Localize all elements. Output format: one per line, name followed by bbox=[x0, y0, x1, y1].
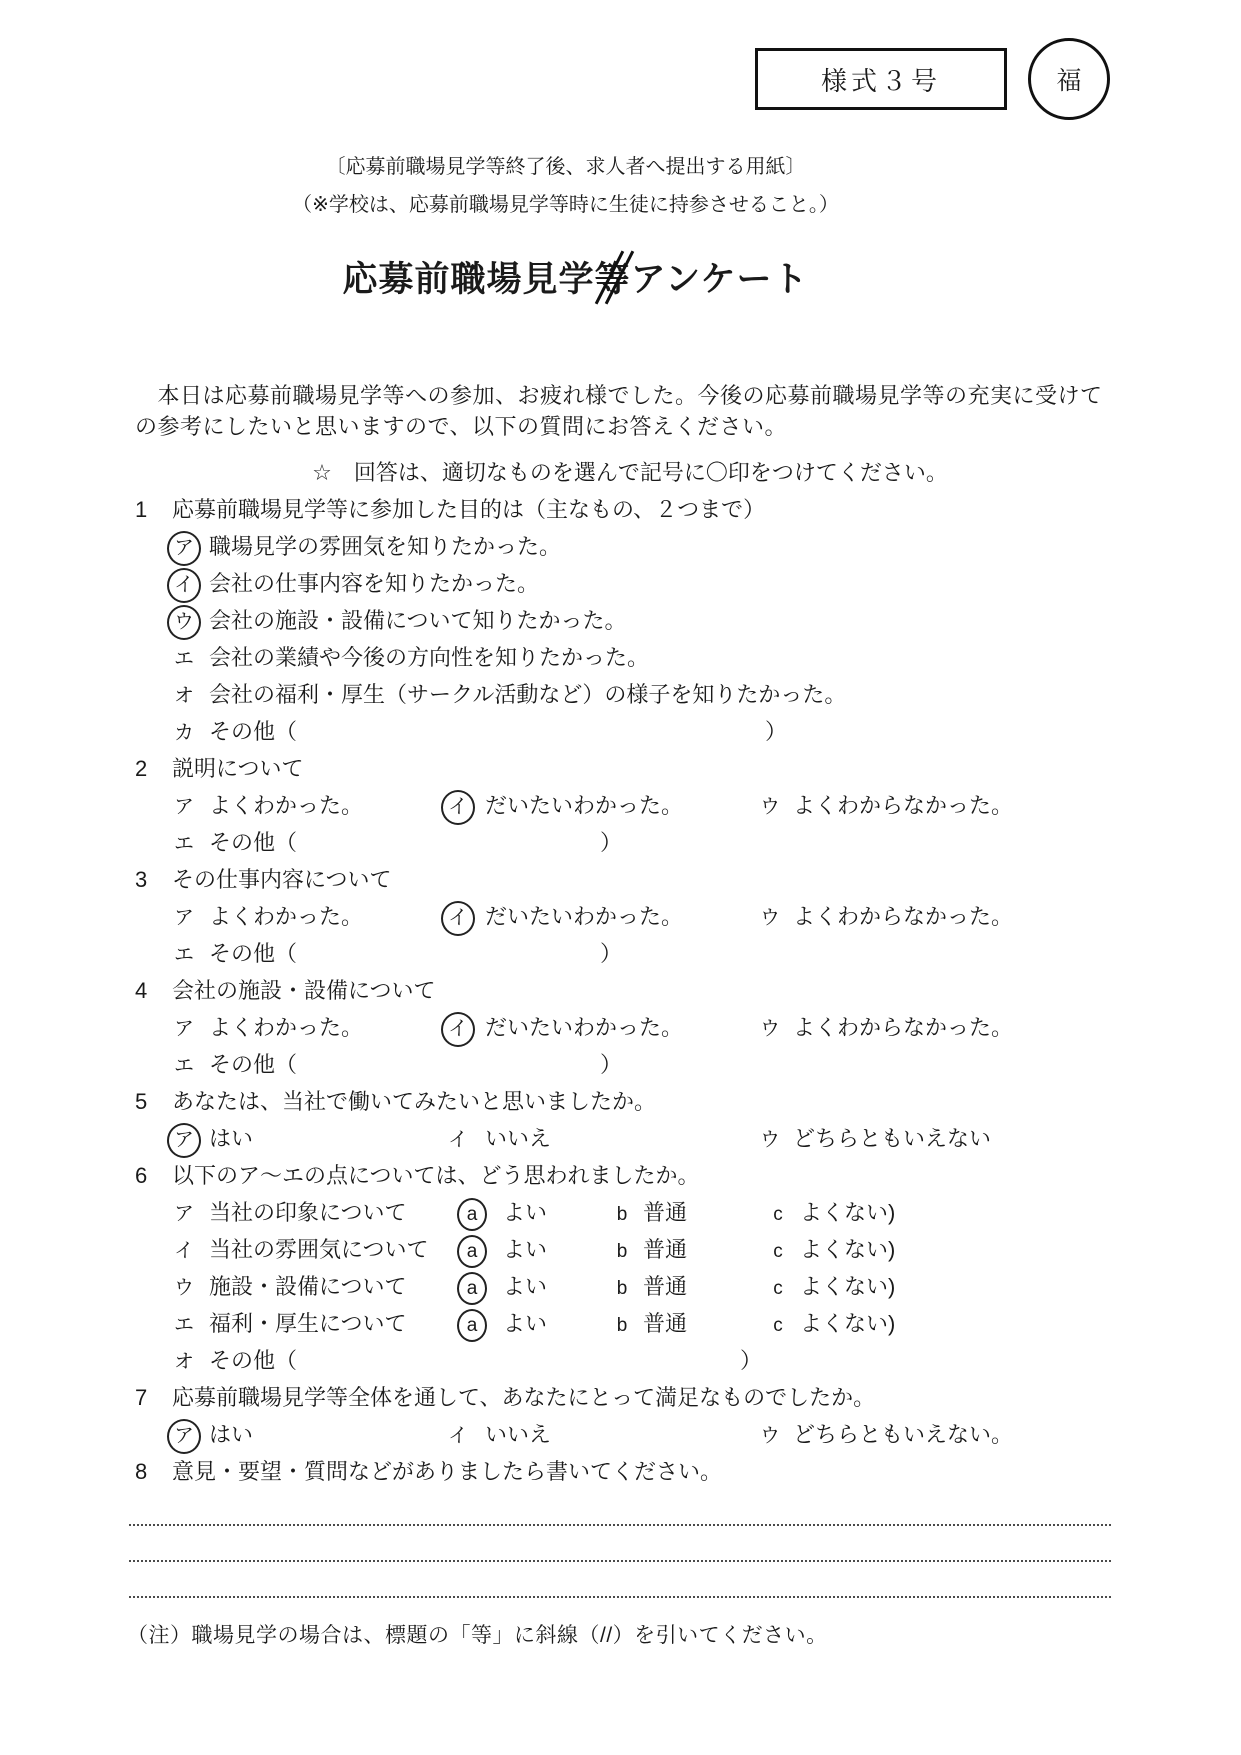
option-label: エ bbox=[167, 938, 201, 973]
option-text: 会社の仕事内容を知りたかった。 bbox=[209, 565, 539, 602]
option-text: よくわからなかった。 bbox=[793, 1009, 1013, 1046]
q6-rating-row: イ 当社の雰囲気について a よい b 普通 c よくない) bbox=[135, 1231, 1125, 1268]
option-text: だいたいわかった。 bbox=[485, 787, 683, 824]
option-label: エ bbox=[167, 1308, 201, 1343]
question-1-heading: 1 応募前職場見学等に参加した目的は（主なもの、２つまで） bbox=[135, 491, 1125, 528]
intro-line-1: 本日は応募前職場見学等への参加、お疲れ様でした。今後の応募前職場見学等の充実に受… bbox=[135, 383, 1103, 408]
rating-label: b bbox=[607, 1309, 637, 1342]
answer-circle-mark: イ bbox=[441, 790, 475, 825]
write-in-line bbox=[129, 1562, 1111, 1598]
write-in-line bbox=[129, 1526, 1111, 1562]
option-text: よくわからなかった。 bbox=[793, 787, 1013, 824]
question-text: あなたは、当社で働いてみたいと思いましたか。 bbox=[172, 1083, 656, 1120]
option-label: ウ bbox=[753, 1012, 787, 1047]
q3-other-row: エ その他（ ） bbox=[135, 935, 1125, 972]
option-text: どちらともいえない bbox=[793, 1120, 991, 1157]
option-text: よくわかった。 bbox=[209, 1009, 363, 1046]
q4-other-row: エ その他（ ） bbox=[135, 1046, 1125, 1083]
question-2-heading: 2 説明について bbox=[135, 750, 1125, 787]
rating-label: b bbox=[607, 1235, 637, 1268]
other-open: その他（ bbox=[209, 1342, 297, 1379]
question-text: 説明について bbox=[172, 750, 304, 787]
other-close: ） bbox=[600, 824, 622, 861]
question-number: 1 bbox=[135, 491, 147, 528]
question-number: 7 bbox=[135, 1379, 147, 1416]
q6-rating-row: ア 当社の印象について a よい b 普通 c よくない) bbox=[135, 1194, 1125, 1231]
option-text: いいえ bbox=[485, 1416, 551, 1453]
q2-other-row: エ その他（ ） bbox=[135, 824, 1125, 861]
option-label: ア bbox=[167, 1197, 201, 1232]
rating-label: c bbox=[763, 1198, 793, 1231]
question-4-heading: 4 会社の施設・設備について bbox=[135, 972, 1125, 1009]
question-7-heading: 7 応募前職場見学等全体を通して、あなたにとって満足なものでしたか。 bbox=[135, 1379, 1125, 1416]
q1-option-row: ウ 会社の施設・設備について知りたかった。 bbox=[135, 602, 1125, 639]
stamp-circle: 福 bbox=[1028, 38, 1110, 120]
option-label: エ bbox=[167, 642, 201, 677]
option-text: はい bbox=[209, 1120, 253, 1157]
rating-label: c bbox=[763, 1272, 793, 1305]
intro-paragraph: 本日は応募前職場見学等への参加、お疲れ様でした。今後の応募前職場見学等の充実に受… bbox=[135, 380, 1125, 442]
question-8-heading: 8 意見・要望・質問などがありましたら書いてください。 bbox=[135, 1453, 1125, 1490]
q5-choices-row: ア はい イ いいえ ウ どちらともいえない bbox=[135, 1120, 1125, 1157]
answer-circle-mark: a bbox=[457, 1272, 487, 1305]
option-label: ア bbox=[167, 901, 201, 936]
answer-circle-mark: ア bbox=[167, 1419, 201, 1454]
rating-text: よい bbox=[503, 1231, 547, 1268]
free-answer-area bbox=[129, 1490, 1111, 1598]
option-text: よくわかった。 bbox=[209, 898, 363, 935]
q1-other-row: カ その他（ ） bbox=[135, 713, 1125, 750]
option-label: イ bbox=[167, 1234, 201, 1269]
rating-text: 普通 bbox=[643, 1231, 687, 1268]
question-number: 3 bbox=[135, 861, 147, 898]
rating-label: c bbox=[763, 1309, 793, 1342]
option-text: よくわからなかった。 bbox=[793, 898, 1013, 935]
option-label: ウ bbox=[753, 1419, 787, 1454]
option-label: ウ bbox=[753, 901, 787, 936]
q1-option-row: エ 会社の業績や今後の方向性を知りたかった。 bbox=[135, 639, 1125, 676]
question-text: 応募前職場見学等に参加した目的は（主なもの、２つまで） bbox=[172, 491, 765, 528]
answer-circle-mark: a bbox=[457, 1198, 487, 1231]
option-label: ウ bbox=[753, 1123, 787, 1158]
rating-text: よくない) bbox=[800, 1268, 895, 1305]
option-text: 職場見学の雰囲気を知りたかった。 bbox=[209, 528, 561, 565]
option-label: ウ bbox=[753, 790, 787, 825]
rating-item: 施設・設備について bbox=[209, 1268, 407, 1305]
question-number: 8 bbox=[135, 1453, 147, 1490]
rating-text: よくない) bbox=[800, 1231, 895, 1268]
option-text: 会社の業績や今後の方向性を知りたかった。 bbox=[209, 639, 649, 676]
question-text: 以下のア～エの点については、どう思われましたか。 bbox=[172, 1157, 700, 1194]
answer-circle-mark: イ bbox=[441, 1012, 475, 1047]
other-open: その他（ bbox=[209, 713, 297, 750]
other-open: その他（ bbox=[209, 935, 297, 972]
question-number: 6 bbox=[135, 1157, 147, 1194]
title-suffix: アンケート bbox=[631, 260, 809, 299]
option-text: 会社の福利・厚生（サークル活動など）の様子を知りたかった。 bbox=[209, 676, 846, 713]
form-code-box: 様式３号 bbox=[755, 48, 1007, 110]
rating-text: 普通 bbox=[643, 1305, 687, 1342]
question-number: 2 bbox=[135, 750, 147, 787]
header-note-2: （※学校は、応募前職場見学等時に生徒に持参させること。） bbox=[0, 186, 1186, 224]
answer-circle-mark: a bbox=[457, 1235, 487, 1268]
intro-line-2: の参考にしたいと思いますので、以下の質問にお答えください。 bbox=[135, 414, 787, 439]
option-text: どちらともいえない。 bbox=[793, 1416, 1013, 1453]
rating-text: よい bbox=[503, 1305, 547, 1342]
option-label: オ bbox=[167, 1345, 201, 1380]
option-text: だいたいわかった。 bbox=[485, 898, 683, 935]
other-close: ） bbox=[600, 1046, 622, 1083]
q4-choices-row: ア よくわかった。 イ だいたいわかった。 ウ よくわからなかった。 bbox=[135, 1009, 1125, 1046]
rating-item: 当社の雰囲気について bbox=[209, 1231, 429, 1268]
answer-circle-mark: a bbox=[457, 1309, 487, 1342]
footer-note: （注）職場見学の場合は、標題の「等」に斜線（//）を引いてください。 bbox=[127, 1619, 1125, 1649]
header-note-1: 〔応募前職場見学等終了後、求人者へ提出する用紙〕 bbox=[0, 148, 1186, 186]
q1-option-row: イ 会社の仕事内容を知りたかった。 bbox=[135, 565, 1125, 602]
answer-circle-mark: ウ bbox=[167, 605, 201, 640]
header-notes: 〔応募前職場見学等終了後、求人者へ提出する用紙〕 （※学校は、応募前職場見学等時… bbox=[0, 148, 1186, 224]
other-close: ） bbox=[765, 713, 787, 750]
q1-option-row: ア 職場見学の雰囲気を知りたかった。 bbox=[135, 528, 1125, 565]
option-label: ア bbox=[167, 1012, 201, 1047]
option-label: ア bbox=[167, 790, 201, 825]
option-label: イ bbox=[441, 1123, 475, 1158]
option-text: いいえ bbox=[485, 1120, 551, 1157]
option-label: エ bbox=[167, 1049, 201, 1084]
answer-circle-mark: イ bbox=[167, 568, 201, 603]
question-5-heading: 5 あなたは、当社で働いてみたいと思いましたか。 bbox=[135, 1083, 1125, 1120]
q6-other-row: オ その他（ ） bbox=[135, 1342, 1125, 1379]
other-open: その他（ bbox=[209, 824, 297, 861]
other-open: その他（ bbox=[209, 1046, 297, 1083]
option-text: よくわかった。 bbox=[209, 787, 363, 824]
option-label: カ bbox=[167, 716, 201, 751]
other-close: ） bbox=[740, 1342, 762, 1379]
option-text: 会社の施設・設備について知りたかった。 bbox=[209, 602, 627, 639]
rating-text: よい bbox=[503, 1194, 547, 1231]
option-label: ウ bbox=[167, 1271, 201, 1306]
answer-circle-mark: ア bbox=[167, 531, 201, 566]
question-6-heading: 6 以下のア～エの点については、どう思われましたか。 bbox=[135, 1157, 1125, 1194]
question-text: その仕事内容について bbox=[172, 861, 392, 898]
option-label: イ bbox=[441, 1419, 475, 1454]
question-text: 会社の施設・設備について bbox=[172, 972, 436, 1009]
form-title: 応募前職場見学等アンケート bbox=[0, 252, 1196, 302]
q7-choices-row: ア はい イ いいえ ウ どちらともいえない。 bbox=[135, 1416, 1125, 1453]
answer-instruction: ☆ 回答は、適切なものを選んで記号に〇印をつけてください。 bbox=[135, 454, 1125, 491]
option-text: はい bbox=[209, 1416, 253, 1453]
q1-option-row: オ 会社の福利・厚生（サークル活動など）の様子を知りたかった。 bbox=[135, 676, 1125, 713]
q6-rating-row: ウ 施設・設備について a よい b 普通 c よくない) bbox=[135, 1268, 1125, 1305]
question-number: 5 bbox=[135, 1083, 147, 1120]
other-close: ） bbox=[600, 935, 622, 972]
form-code-label: 様式３号 bbox=[821, 61, 941, 98]
title-slashed-char: 等 bbox=[595, 252, 631, 302]
title-prefix: 応募前職場見学 bbox=[343, 260, 595, 299]
rating-text: よくない) bbox=[800, 1194, 895, 1231]
answer-circle-mark: ア bbox=[167, 1123, 201, 1158]
q3-choices-row: ア よくわかった。 イ だいたいわかった。 ウ よくわからなかった。 bbox=[135, 898, 1125, 935]
write-in-line bbox=[129, 1490, 1111, 1526]
option-label: オ bbox=[167, 679, 201, 714]
rating-text: よい bbox=[503, 1268, 547, 1305]
option-text: だいたいわかった。 bbox=[485, 1009, 683, 1046]
rating-text: 普通 bbox=[643, 1194, 687, 1231]
form-body: 本日は応募前職場見学等への参加、お疲れ様でした。今後の応募前職場見学等の充実に受… bbox=[135, 380, 1125, 1649]
rating-text: よくない) bbox=[800, 1305, 895, 1342]
rating-item: 当社の印象について bbox=[209, 1194, 407, 1231]
rating-label: b bbox=[607, 1198, 637, 1231]
option-label: エ bbox=[167, 827, 201, 862]
question-text: 応募前職場見学等全体を通して、あなたにとって満足なものでしたか。 bbox=[172, 1379, 875, 1416]
q2-choices-row: ア よくわかった。 イ だいたいわかった。 ウ よくわからなかった。 bbox=[135, 787, 1125, 824]
rating-label: b bbox=[607, 1272, 637, 1305]
question-text: 意見・要望・質問などがありましたら書いてください。 bbox=[172, 1453, 722, 1490]
stamp-label: 福 bbox=[1056, 61, 1081, 97]
question-3-heading: 3 その仕事内容について bbox=[135, 861, 1125, 898]
answer-circle-mark: イ bbox=[441, 901, 475, 936]
rating-label: c bbox=[763, 1235, 793, 1268]
rating-text: 普通 bbox=[643, 1268, 687, 1305]
question-number: 4 bbox=[135, 972, 147, 1009]
q6-rating-row: エ 福利・厚生について a よい b 普通 c よくない) bbox=[135, 1305, 1125, 1342]
rating-item: 福利・厚生について bbox=[209, 1305, 407, 1342]
